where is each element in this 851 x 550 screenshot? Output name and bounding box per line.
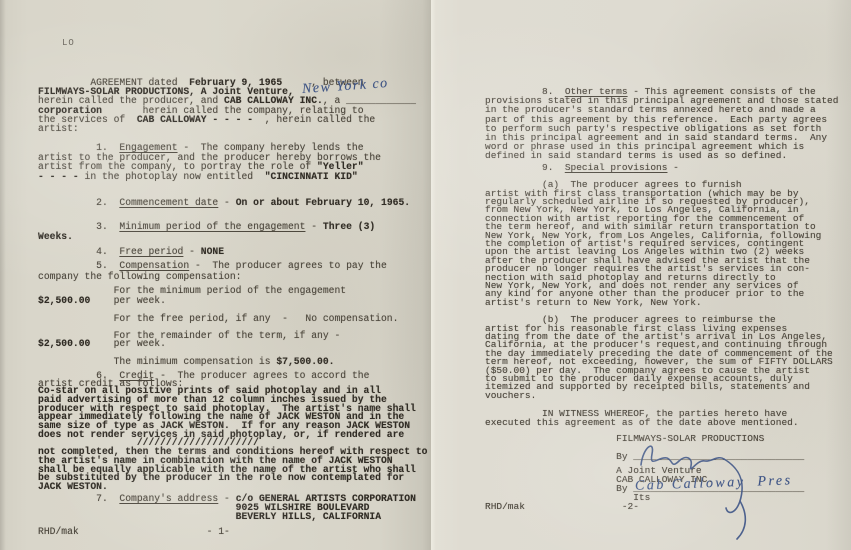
scanned-contract: LO AGREEMENT dated February 9, 1965 , be… <box>0 0 851 550</box>
paragraph: The minimum compensation is $7,500.00. <box>38 357 429 368</box>
paragraph: IN WITNESS WHEREOF, the parties hereto h… <box>485 409 849 427</box>
page-2: 8. Other terms - This agreement consists… <box>431 0 851 550</box>
paragraph: For the minimum period of the engagement… <box>38 286 429 305</box>
paragraph: (a) The producer agrees to furnishartist… <box>485 181 849 307</box>
paragraph: 2. Commencement date - On or about Febru… <box>38 198 429 209</box>
paragraph: 4. Free period - NONE <box>38 247 429 258</box>
paragraph: For the free period, if any - No compens… <box>38 314 429 325</box>
paragraph: 8. Other terms - This agreement consists… <box>485 87 849 161</box>
paragraph: 9. Special provisions - <box>485 163 849 174</box>
page-1: LO AGREEMENT dated February 9, 1965 , be… <box>0 0 431 550</box>
paragraph: 3. Minimum period of the engagement - Th… <box>38 222 429 242</box>
paragraph: RHD/mak - 1- <box>38 527 429 538</box>
paragraph: (b) The producer agrees to reimburse the… <box>485 316 849 400</box>
paragraph: 5. Compensation - The producer agrees to… <box>38 261 429 282</box>
paragraph: 7. Company's address - c/o GENERAL ARTIS… <box>38 494 429 522</box>
paragraph: 1. Engagement - The company hereby lends… <box>38 143 429 181</box>
paragraph: Co-star on all positive prints of said p… <box>38 387 429 491</box>
paragraph: For the remainder of the term, if any -$… <box>38 332 429 348</box>
